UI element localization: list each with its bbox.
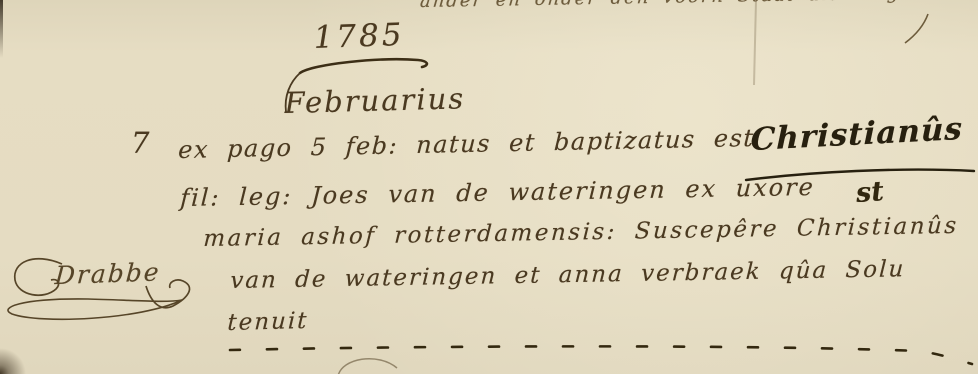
clipped-bottom-flourish xyxy=(338,359,397,374)
record-line-1: ex pago 5 feb: natus et baptizatus est xyxy=(178,124,756,164)
register-page-scan: ander en onder den voorn Staat als Volgt… xyxy=(0,0,978,374)
record-line-2: fil: leg: Joes van de wateringen ex uxor… xyxy=(180,173,816,212)
baptized-name: Christianûs xyxy=(750,111,963,158)
record-line-2-flourish-mark: st xyxy=(855,176,885,209)
record-line-3: maria ashof rotterdamensis: Suscepêre Ch… xyxy=(203,213,960,252)
margin-oval-flourish xyxy=(8,299,182,319)
entry-year: 1785 xyxy=(313,17,405,56)
margin-surname: Drabbe xyxy=(54,257,162,290)
heading-descender-flourish xyxy=(905,14,928,43)
scan-edge-artifact xyxy=(0,0,3,58)
year-underline-flourish xyxy=(300,59,427,73)
clipped-heading: ander en onder den voorn Staat als Volgt… xyxy=(419,0,919,12)
record-line-5: tenuit xyxy=(227,308,309,336)
paper-crease xyxy=(754,0,756,85)
entry-separator-dashes xyxy=(230,346,972,364)
entry-month: Februarius xyxy=(284,81,466,120)
entry-day: 7 xyxy=(131,126,149,160)
record-line-4: van de wateringen et anna verbraek qûa S… xyxy=(230,256,906,294)
